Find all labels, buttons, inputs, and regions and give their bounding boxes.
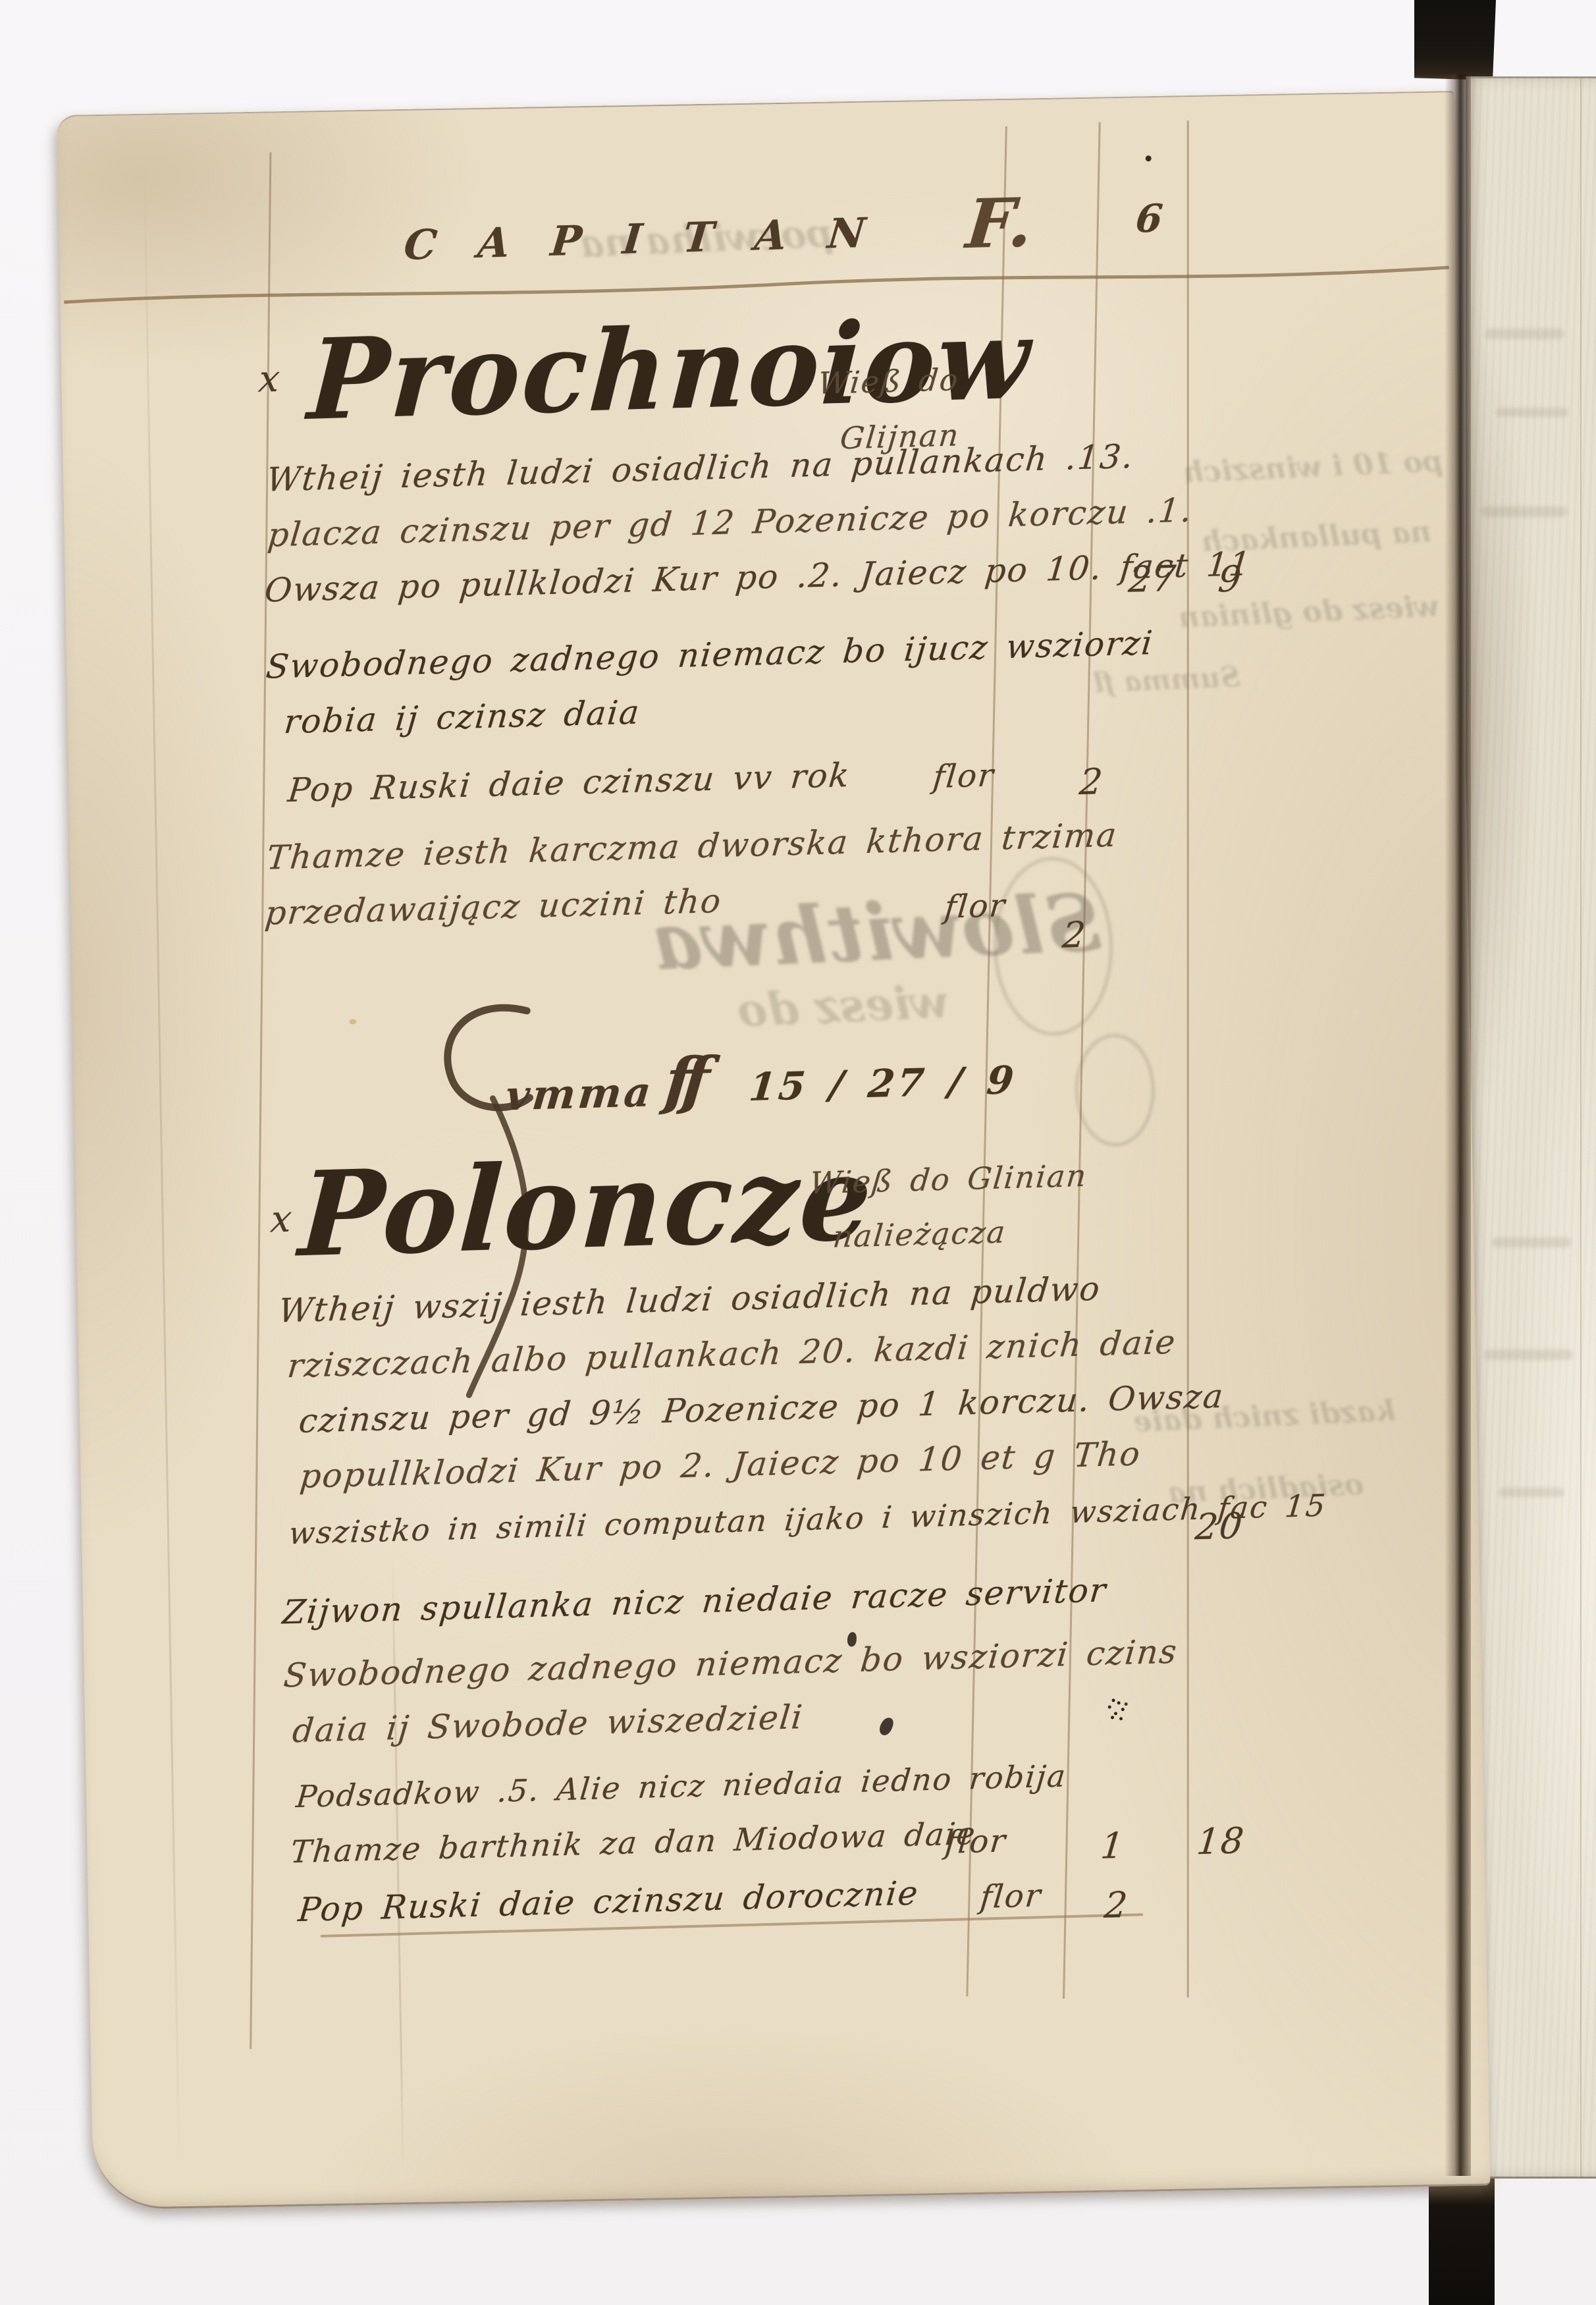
title-annotation: Wieß do: [816, 362, 961, 401]
margin-value-groschen: 27: [1127, 558, 1179, 601]
margin-value-denar: 9: [1216, 558, 1244, 600]
ink-blot: [878, 1716, 895, 1737]
body-line: Swobodnego zadnego niemacz bo wsziorzi c…: [282, 1633, 1179, 1695]
body-line: Pop Ruski daie czinszu vv rok: [286, 756, 852, 809]
wax-fleck: [349, 1019, 356, 1024]
margin-rule-left: [250, 152, 271, 2049]
body-line: daia ij Swobode wiszedzieli: [291, 1698, 805, 1750]
page-edge-crease: [1580, 78, 1582, 2177]
summa-values: 15 / 27 / 9: [747, 1058, 1019, 1110]
next-page-edge: [1466, 76, 1596, 2179]
body-line: wszistko in simili computan ijako i wins…: [287, 1488, 1328, 1552]
body-line: placza czinszu per gd 12 Pozenicze po ko…: [266, 491, 1194, 555]
bleedthrough-mirror-subtitle: wiesz do: [737, 975, 950, 1037]
margin-mark: x: [269, 1198, 295, 1241]
book-gutter-shadow: [1445, 74, 1471, 2176]
body-line: Swobodnego zadnego niemacz bo ijucz wszi…: [264, 624, 1155, 686]
amount-value: 2: [1061, 914, 1088, 956]
bleedthrough-smudge: [1499, 1488, 1564, 1497]
body-line: popullklodzi Kur po 2. Jaiecz po 10 et g…: [298, 1434, 1143, 1496]
title-annotation: Wieß do Glinian: [808, 1158, 1089, 1201]
title-annotation: nalieżącza: [832, 1214, 1008, 1255]
amount-value: 18: [1195, 1820, 1247, 1862]
currency-unit: flor: [932, 757, 996, 796]
book-strap-bottom: [1429, 2172, 1495, 2305]
ink-dot: [1146, 155, 1152, 161]
body-line: Podsadkow .5. Alie nicz niedaia iedno ro…: [294, 1758, 1068, 1814]
amount-value: 1: [1099, 1825, 1127, 1867]
currency-unit: flor: [944, 1822, 1008, 1861]
folio-letter: F.: [963, 183, 1037, 264]
paper-crease: [143, 155, 180, 2170]
bleedthrough-smudge: [1492, 1237, 1571, 1247]
bleedthrough-smudge: [1485, 329, 1564, 339]
manuscript-page: pozwilha na po 10 i winszich na pullanka…: [57, 91, 1490, 2210]
bleedthrough-curl: [1074, 1033, 1156, 1147]
margin-value-groschen: 20: [1194, 1505, 1246, 1548]
body-line: robia ij czinsz daia: [282, 693, 642, 741]
page-number: 6: [1134, 196, 1166, 241]
book-strap-top: [1414, 0, 1496, 80]
chapter-heading: C A P I T A N: [402, 208, 878, 269]
body-line: Thamze barthnik za dan Miodowa daie: [289, 1816, 978, 1870]
bleedthrough-smudge: [1481, 506, 1567, 517]
bleedthrough-text: Summa fl: [1094, 661, 1241, 699]
bleedthrough-smudge: [1496, 408, 1568, 417]
florin-sign: ff: [662, 1044, 703, 1118]
body-line: Wtheij iesth ludzi osiadlich na pullanka…: [265, 437, 1136, 499]
currency-unit: flor: [943, 887, 1007, 926]
body-line: rziszczach albo pullankach 20. kazdi zni…: [286, 1323, 1178, 1386]
amount-value: 2: [1078, 761, 1105, 803]
currency-unit: flor: [978, 1877, 1043, 1916]
column-rule-3: [1187, 121, 1189, 1997]
amount-value: 2: [1103, 1884, 1130, 1926]
ink-speckles: [1112, 1698, 1115, 1702]
village-title-poloncze: Poloncze: [296, 1129, 877, 1284]
summa-label: vmma: [504, 1068, 656, 1120]
bleedthrough-text: po 10 i winszich: [1182, 445, 1444, 489]
body-line: Zijwon spullanka nicz niedaie racze serv…: [281, 1571, 1109, 1631]
body-line: Pop Ruski daie czinszu dorocznie: [296, 1874, 920, 1930]
body-line: Owsza po pullklodzi Kur po .2. Jaiecz po…: [263, 545, 1253, 610]
margin-mark: x: [257, 358, 283, 401]
bleedthrough-smudge: [1484, 1349, 1573, 1360]
